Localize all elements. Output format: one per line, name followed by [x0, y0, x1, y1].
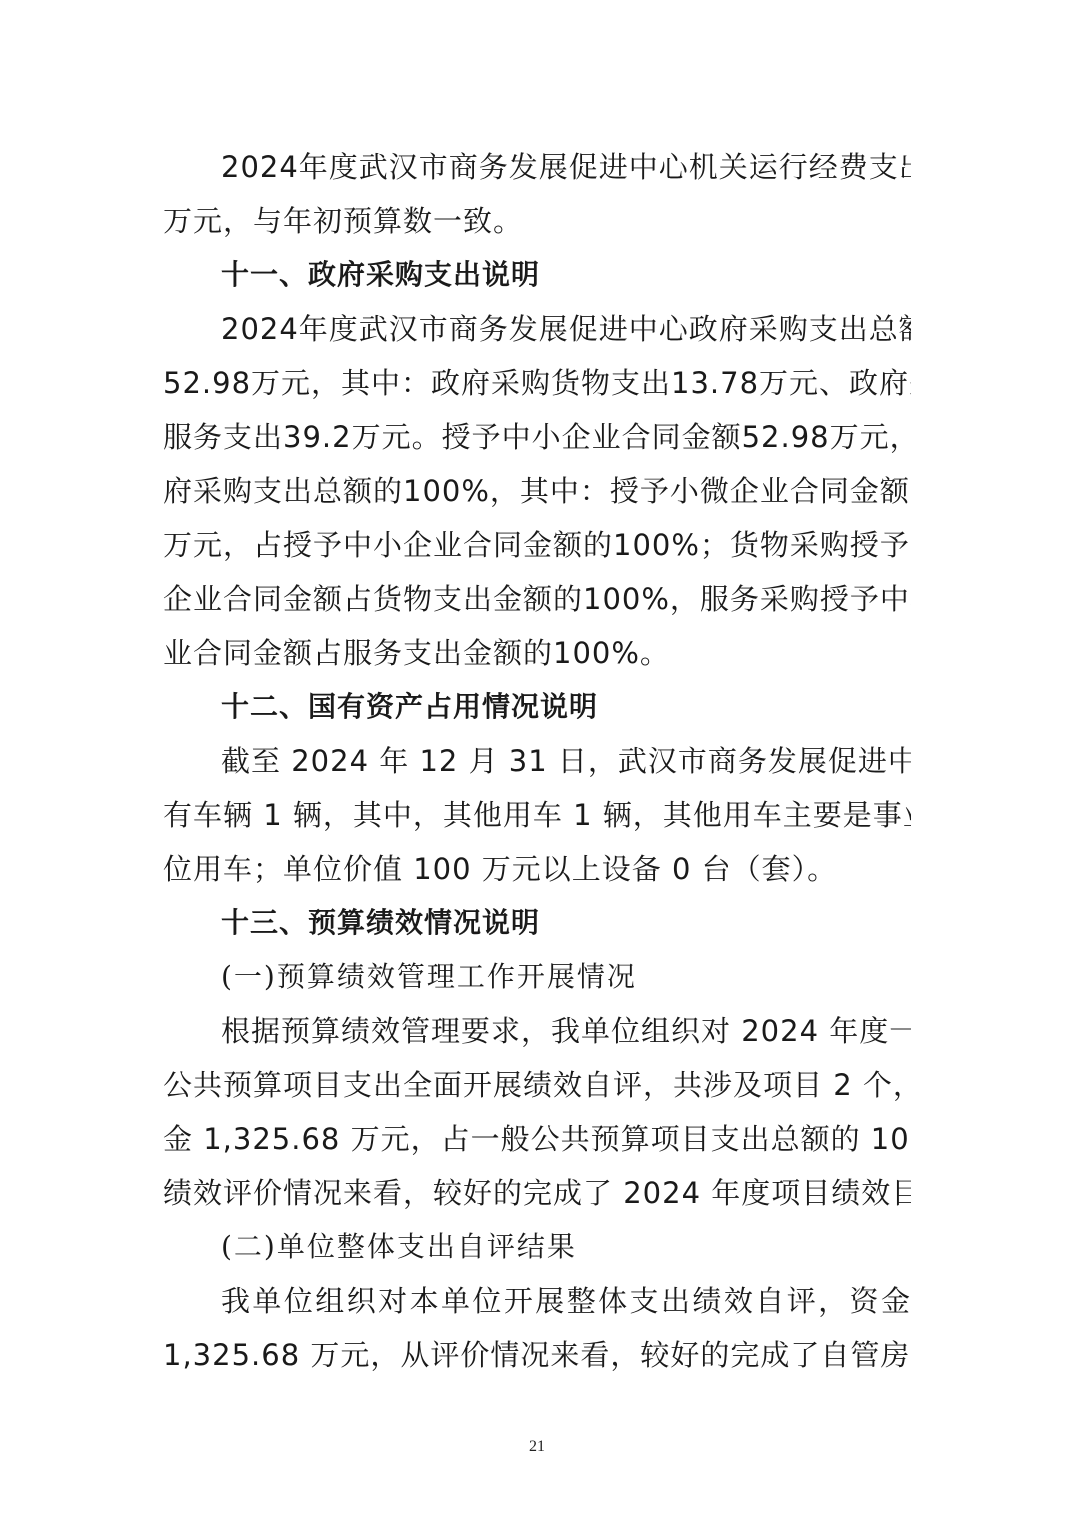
text-line: 业合同金额占服务支出金额的100%。 — [163, 626, 911, 680]
paragraph-state-assets: 截至 2024 年 12 月 31 日，武汉市商务发展促进中心共 有车辆 1 辆… — [163, 734, 911, 896]
text-line: 截至 2024 年 12 月 31 日，武汉市商务发展促进中心共 — [163, 734, 911, 788]
text-line: 位用车；单位价值 100 万元以上设备 0 台（套）。 — [163, 842, 911, 896]
subsection-heading-performance-management: (一)预算绩效管理工作开展情况 — [163, 950, 911, 1004]
text-line: 公共预算项目支出全面开展绩效自评，共涉及项目 2 个，资 — [163, 1058, 911, 1112]
text-line: 有车辆 1 辆，其中，其他用车 1 辆，其他用车主要是事业单 — [163, 788, 911, 842]
text-line: 金 1,325.68 万元，占一般公共预算项目支出总额的 100%。从 — [163, 1112, 911, 1166]
text-line: 万元，与年初预算数一致。 — [163, 194, 911, 248]
text-line: 根据预算绩效管理要求，我单位组织对 2024 年度一般 — [163, 1004, 911, 1058]
text-line: 1,325.68 万元，从评价情况来看，较好的完成了自管房管理、 — [163, 1328, 911, 1382]
paragraph-procurement: 2024年度武汉市商务发展促进中心政府采购支出总额 52.98万元，其中：政府采… — [163, 302, 911, 680]
text-line: 我单位组织对本单位开展整体支出绩效自评，资金 — [163, 1274, 911, 1328]
text-line: 绩效评价情况来看，较好的完成了 2024 年度项目绩效目标。 — [163, 1166, 911, 1220]
paragraph-performance-management: 根据预算绩效管理要求，我单位组织对 2024 年度一般 公共预算项目支出全面开展… — [163, 1004, 911, 1220]
section-heading-performance: 十三、预算绩效情况说明 — [163, 896, 911, 950]
text-line: 万元，占授予中小企业合同金额的100%；货物采购授予中小 — [163, 518, 911, 572]
subsection-heading-self-evaluation: (二)单位整体支出自评结果 — [163, 1220, 911, 1274]
page-number: 21 — [0, 1438, 1074, 1456]
document-page: 2024年度武汉市商务发展促进中心机关运行经费支出0 万元，与年初预算数一致。 … — [0, 0, 1074, 1520]
section-heading-state-assets: 十二、国有资产占用情况说明 — [163, 680, 911, 734]
text-line: 府采购支出总额的100%，其中：授予小微企业合同金额52.98 — [163, 464, 911, 518]
text-line: 企业合同金额占货物支出金额的100%，服务采购授予中小企 — [163, 572, 911, 626]
text-line: 2024年度武汉市商务发展促进中心机关运行经费支出0 — [163, 140, 911, 194]
text-line: 2024年度武汉市商务发展促进中心政府采购支出总额 — [163, 302, 911, 356]
text-line: 服务支出39.2万元。授予中小企业合同金额52.98万元，占政 — [163, 410, 911, 464]
paragraph-self-evaluation: 我单位组织对本单位开展整体支出绩效自评，资金 1,325.68 万元，从评价情况… — [163, 1274, 911, 1382]
text-line: 52.98万元，其中：政府采购货物支出13.78万元、政府采购 — [163, 356, 911, 410]
document-body: 2024年度武汉市商务发展促进中心机关运行经费支出0 万元，与年初预算数一致。 … — [163, 140, 911, 1382]
section-heading-procurement: 十一、政府采购支出说明 — [163, 248, 911, 302]
paragraph-operating-expenses: 2024年度武汉市商务发展促进中心机关运行经费支出0 万元，与年初预算数一致。 — [163, 140, 911, 248]
